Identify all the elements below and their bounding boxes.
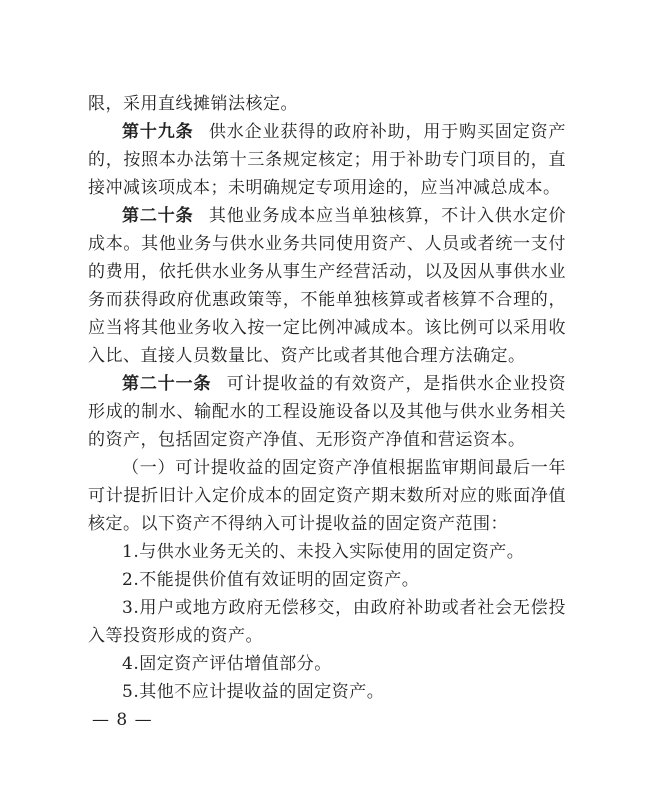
paragraph-article-19: 第十九条供水企业获得的政府补助，用于购买固定资产的，按照本办法第十三条规定核定；… [88, 118, 566, 202]
article-number: 第十九条 [122, 122, 194, 142]
paragraph-continuation: 限，采用直线摊销法核定。 [88, 90, 566, 118]
paragraph-item-4: 4.固定资产评估增值部分。 [88, 650, 566, 678]
article-number: 第二十条 [122, 206, 194, 226]
paragraph-item-3: 3.用户或地方政府无偿移交，由政府补助或者社会无偿投入等投资形成的资产。 [88, 594, 566, 650]
paragraph-text: 5.其他不应计提收益的固定资产。 [122, 682, 384, 702]
article-number: 第二十一条 [122, 374, 211, 394]
paragraph-item-5: 5.其他不应计提收益的固定资产。 [88, 678, 566, 706]
paragraph-article-20: 第二十条其他业务成本应当单独核算，不计入供水定价成本。其他业务与供水业务共同使用… [88, 202, 566, 370]
text-block: 限，采用直线摊销法核定。 第十九条供水企业获得的政府补助，用于购买固定资产的，按… [88, 90, 566, 706]
paragraph-text: 4.固定资产评估增值部分。 [122, 654, 332, 674]
document-page: 限，采用直线摊销法核定。 第十九条供水企业获得的政府补助，用于购买固定资产的，按… [0, 0, 650, 800]
paragraph-item-2: 2.不能提供价值有效证明的固定资产。 [88, 566, 566, 594]
paragraph-item-1: 1.与供水业务无关的、未投入实际使用的固定资产。 [88, 538, 566, 566]
paragraph-text: 2.不能提供价值有效证明的固定资产。 [122, 570, 419, 590]
paragraph-text: 其他业务成本应当单独核算，不计入供水定价成本。其他业务与供水业务共同使用资产、人… [88, 206, 566, 366]
paragraph-text: 限，采用直线摊销法核定。 [88, 94, 298, 114]
paragraph-article-21: 第二十一条可计提收益的有效资产，是指供水企业投资形成的制水、输配水的工程设施设备… [88, 370, 566, 454]
paragraph-text: （一）可计提收益的固定资产净值根据监审期间最后一年可计提折旧计入定价成本的固定资… [88, 458, 566, 534]
paragraph-subsection-1: （一）可计提收益的固定资产净值根据监审期间最后一年可计提折旧计入定价成本的固定资… [88, 454, 566, 538]
paragraph-text: 1.与供水业务无关的、未投入实际使用的固定资产。 [122, 542, 524, 562]
page-number: — 8 — [92, 706, 153, 734]
paragraph-text: 3.用户或地方政府无偿移交，由政府补助或者社会无偿投入等投资形成的资产。 [88, 598, 566, 646]
